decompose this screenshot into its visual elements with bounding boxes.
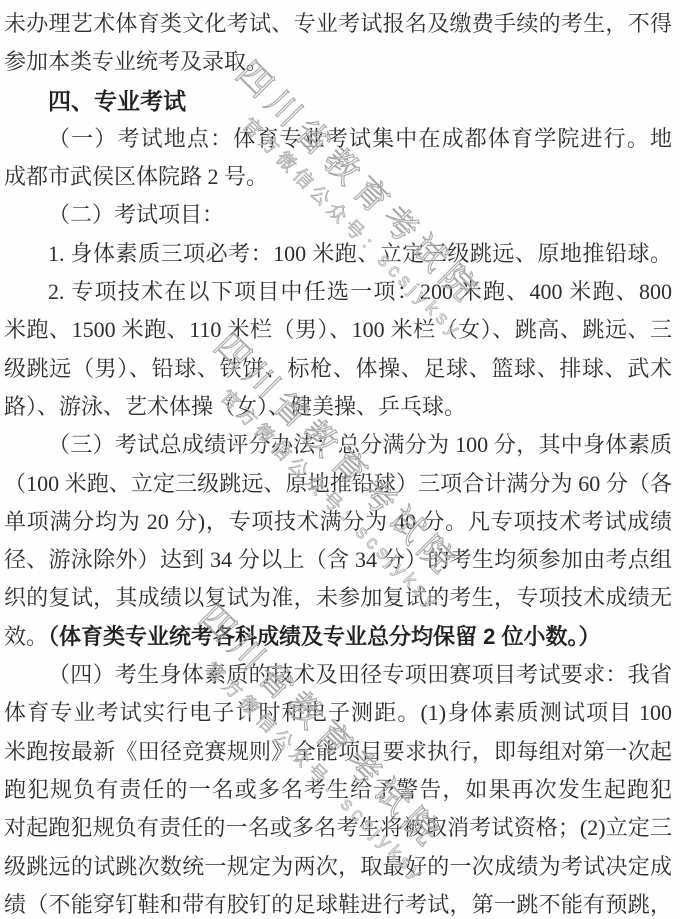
text-segment-body: 级跳远（男）、铅球、铁饼、标枪、体操、足球、篮球、排球、武术（套 [4, 356, 672, 388]
text-line: 级跳远的试跳次数统一规定为两次，取最好的一次成绩为考试决定成 [4, 848, 672, 886]
text-segment-body: 跑犯规负有责任的一名或多名考生给予警告，如果再次发生起跑犯规， [4, 777, 672, 809]
text-segment-bold: （体育类专业统考各科成绩及专业总分均保留 2 位小数。） [48, 624, 600, 649]
text-segment-body: 绩（不能穿钉鞋和带有胶钉的足球鞋进行考试，第一跳不能有预跳， [4, 892, 672, 917]
text-line: 对起跑犯规负有责任的一名或多名考生将被取消考试资格；(2)立定三 [4, 809, 672, 847]
text-line: （二）考试项目： [4, 196, 672, 234]
text-line: 2. 专项技术在以下项目中任选一项：200 米跑、400 米跑、800 [4, 273, 672, 311]
text-segment-body: 对起跑犯规负有责任的一名或多名考生将被取消考试资格；(2)立定三 [4, 815, 672, 840]
text-segment-body: 效。 [4, 624, 48, 649]
text-line: （三）考试总成绩评分办法：总分满分为 100 分，其中身体素质 [4, 426, 672, 464]
text-line: 未办理艺术体育类文化考试、专业考试报名及缴费手续的考生，不得 [4, 5, 672, 43]
text-segment-body: 单项满分均为 20 分)，专项技术满分为 40 分。凡专项技术考试成绩（田 [4, 509, 672, 541]
text-line: 绩（不能穿钉鞋和带有胶钉的足球鞋进行考试，第一跳不能有预跳， [4, 886, 672, 919]
text-segment-body: 2. 专项技术在以下项目中任选一项：200 米跑、400 米跑、800 [48, 279, 672, 304]
document-body: 未办理艺术体育类文化考试、专业考试报名及缴费手续的考生，不得参加本类专业统考及录… [0, 0, 680, 919]
document-page: 未办理艺术体育类文化考试、专业考试报名及缴费手续的考生，不得参加本类专业统考及录… [0, 0, 680, 919]
text-segment-body: 级跳远的试跳次数统一规定为两次，取最好的一次成绩为考试决定成 [4, 854, 672, 879]
text-line: 四、专业考试 [4, 82, 672, 120]
text-segment-body: 体育专业考试实行电子计时和电子测距。(1)身体素质测试项目 100 [4, 700, 672, 725]
text-line: （四）考生身体素质的技术及田径专项田赛项目考试要求：我省 [4, 656, 672, 694]
text-segment-body: 路）、游泳、艺术体操（女）、健美操、乒乓球。 [4, 394, 466, 419]
text-line: 单项满分均为 20 分)，专项技术满分为 40 分。凡专项技术考试成绩（田 [4, 503, 672, 541]
text-segment-body: （二）考试项目： [48, 202, 224, 227]
text-segment-body: 米跑、1500 米跑、110 米栏（男）、100 米栏（女）、跳高、跳远、三 [4, 317, 672, 342]
text-line: 跑犯规负有责任的一名或多名考生给予警告，如果再次发生起跑犯规， [4, 771, 672, 809]
text-line: 径、游泳除外）达到 34 分以上（含 34 分）的考生均须参加由考点组 [4, 541, 672, 579]
text-line: （100 米跑、立定三级跳远、原地推铅球）三项合计满分为 60 分（各 [4, 465, 672, 503]
text-line: 米跑、1500 米跑、110 米栏（男）、100 米栏（女）、跳高、跳远、三 [4, 311, 672, 349]
text-line: 1. 身体素质三项必考：100 米跑、立定三级跳远、原地推铅球。 [4, 235, 672, 273]
text-segment-body: 1. 身体素质三项必考：100 米跑、立定三级跳远、原地推铅球。 [48, 241, 672, 266]
text-line: 级跳远（男）、铅球、铁饼、标枪、体操、足球、篮球、排球、武术（套 [4, 350, 672, 388]
text-line: 参加本类专业统考及录取。 [4, 43, 672, 81]
text-segment-body: 米跑按最新《田径竞赛规则》全能项目要求执行，即每组对第一次起 [4, 739, 672, 764]
text-segment-body: 参加本类专业统考及录取。 [4, 49, 268, 74]
text-segment-body: （四）考生身体素质的技术及田径专项田赛项目考试要求：我省 [48, 662, 672, 687]
text-line: 体育专业考试实行电子计时和电子测距。(1)身体素质测试项目 100 [4, 694, 672, 732]
text-segment-body: 未办理艺术体育类文化考试、专业考试报名及缴费手续的考生，不得 [4, 11, 672, 36]
text-segment-body: 织的复试，其成绩以复试为准，未参加复试的考生，专项技术成绩无 [4, 585, 672, 610]
text-line: 成都市武侯区体院路 2 号。 [4, 158, 672, 196]
text-line: 米跑按最新《田径竞赛规则》全能项目要求执行，即每组对第一次起 [4, 733, 672, 771]
text-segment-body: （100 米跑、立定三级跳远、原地推铅球）三项合计满分为 60 分（各 [4, 471, 672, 496]
text-line: 织的复试，其成绩以复试为准，未参加复试的考生，专项技术成绩无 [4, 579, 672, 617]
text-line: （一）考试地点：体育专业考试集中在成都体育学院进行。地址： [4, 120, 672, 158]
text-segment-body: 成都市武侯区体院路 2 号。 [4, 164, 268, 189]
text-segment-body: （三）考试总成绩评分办法：总分满分为 100 分，其中身体素质 [48, 432, 672, 457]
text-segment-body: 径、游泳除外）达到 34 分以上（含 34 分）的考生均须参加由考点组 [4, 547, 672, 572]
text-line: 路）、游泳、艺术体操（女）、健美操、乒乓球。 [4, 388, 672, 426]
text-segment-body: （一）考试地点：体育专业考试集中在成都体育学院进行。地址： [48, 126, 672, 158]
text-line: 效。（体育类专业统考各科成绩及专业总分均保留 2 位小数。） [4, 618, 672, 656]
text-segment-heading: 四、专业考试 [48, 88, 186, 114]
